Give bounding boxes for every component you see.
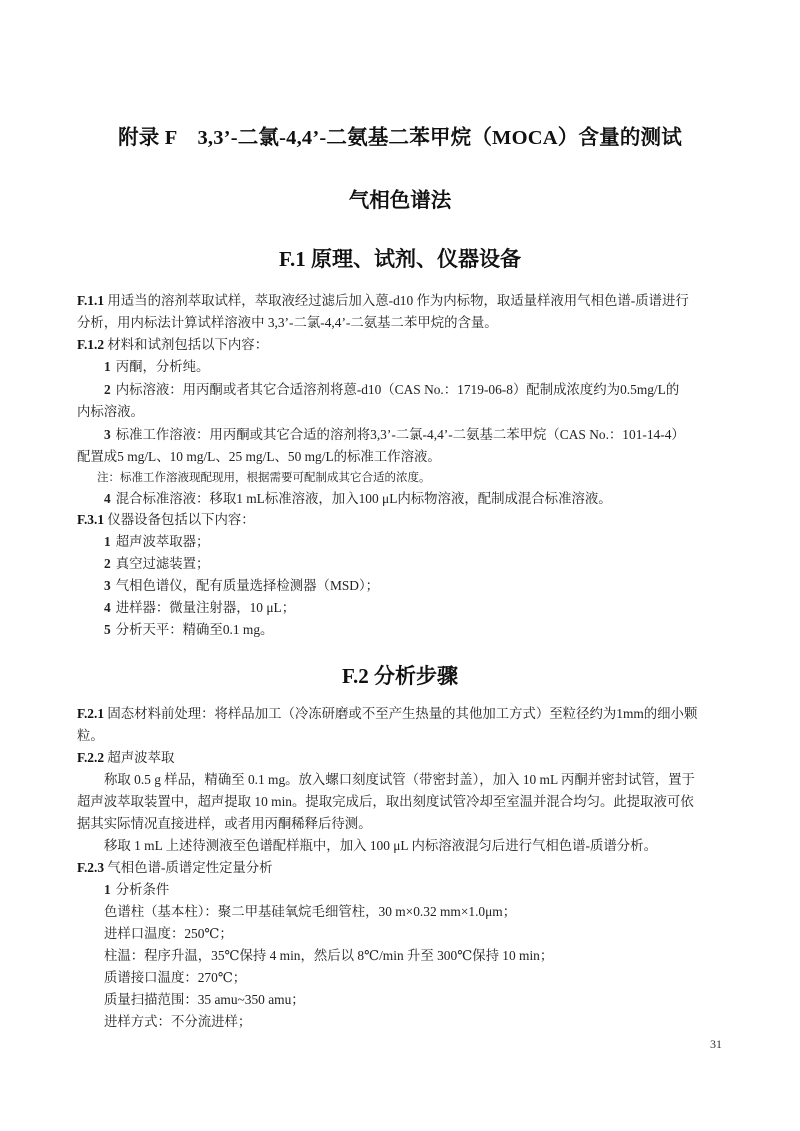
item-number: 2: [104, 556, 111, 571]
clause-f23: F.2.3 气相色谱-质谱定性定量分析: [77, 859, 727, 877]
condition-line: 柱温：程序升温，35℃保持 4 min，然后以 8℃/min 升至 300℃保持…: [104, 947, 754, 965]
clause-f111: F.1.1 用适当的溶剂萃取试样，萃取液经过滤后加入蒽-d10 作为内标物，取适…: [77, 292, 727, 310]
note: 注：标准工作溶液现配现用，根据需要可配制成其它合适的浓度。: [97, 469, 747, 487]
reagent-item: 4混合标准溶液：移取1 mL标准溶液，加入100 μL内标物溶液，配制成混合标准…: [104, 490, 754, 508]
clause-f112: F.1.2 材料和试剂包括以下内容：: [77, 336, 727, 354]
condition-line: 色谱柱（基本柱）：聚二甲基硅氧烷毛细管柱，30 m×0.32 mm×1.0μm；: [104, 903, 754, 921]
clause-text: 固态材料前处理：将样品加工（冷冻研磨或不至产生热量的其他加工方式）至粒径约为1m…: [107, 706, 697, 721]
paragraph-cont: 据其实际情况直接进样，或者用丙酮稀释后待测。: [77, 815, 727, 833]
item-text: 分析天平：精确至0.1 mg。: [116, 622, 274, 637]
clause-text: 材料和试剂包括以下内容：: [107, 337, 268, 352]
reagent-item: 1丙酮，分析纯。: [104, 358, 754, 376]
paragraph-cont: 超声波萃取装置中，超声提取 10 min。提取完成后，取出刻度试管冷却至室温并混…: [77, 793, 727, 811]
item-text: 内标溶液：用丙酮或者其它合适溶剂将蒽-d10（CAS No.：1719-06-8…: [116, 382, 680, 397]
clause-f21: F.2.1 固态材料前处理：将样品加工（冷冻研磨或不至产生热量的其他加工方式）至…: [77, 705, 727, 723]
item-number: 4: [104, 491, 111, 506]
clause-text: 仪器设备包括以下内容：: [107, 512, 254, 527]
reagent-item-cont: 内标溶液。: [77, 403, 727, 421]
item-text: 进样器：微量注射器，10 μL；: [116, 600, 295, 615]
clause-label: F.2.3: [77, 860, 104, 875]
item-number: 1: [104, 534, 111, 549]
condition-line: 进样口温度：250℃；: [104, 925, 754, 943]
item-text: 标准工作溶液：用丙酮或其它合适的溶剂将3,3’-二氯-4,4’-二氨基二苯甲烷（…: [116, 427, 685, 442]
clause-text: 气相色谱-质谱定性定量分析: [107, 860, 272, 875]
clause-label: F.3.1: [77, 512, 104, 527]
item-number: 3: [104, 427, 111, 442]
document-page: 附录 F 3,3’-二氯-4,4’-二氨基二苯甲烷（MOCA）含量的测试 气相色…: [0, 0, 800, 1131]
item-text: 分析条件: [116, 882, 170, 897]
clause-f22: F.2.2 超声波萃取: [77, 749, 727, 767]
clause-text: 超声波萃取: [107, 750, 174, 765]
item-number: 1: [104, 359, 111, 374]
item-text: 丙酮，分析纯。: [116, 359, 210, 374]
item-text: 真空过滤装置；: [116, 556, 210, 571]
equipment-item: 4进样器：微量注射器，10 μL；: [104, 599, 754, 617]
item-text: 超声波萃取器；: [116, 534, 210, 549]
equipment-item: 5分析天平：精确至0.1 mg。: [104, 621, 754, 639]
condition-line: 质量扫描范围：35 amu~350 amu；: [104, 991, 754, 1009]
clause-f31: F.3.1 仪器设备包括以下内容：: [77, 511, 727, 529]
item-number: 3: [104, 578, 111, 593]
item-text: 气相色谱仪，配有质量选择检测器（MSD）；: [116, 578, 379, 593]
conditions-heading: 1分析条件: [104, 881, 754, 899]
method-subtitle: 气相色谱法: [0, 183, 800, 213]
clause-text: 用适当的溶剂萃取试样，萃取液经过滤后加入蒽-d10 作为内标物，取适量样液用气相…: [107, 293, 688, 308]
section-heading-f1: F.1 原理、试剂、仪器设备: [0, 243, 800, 273]
item-number: 1: [104, 882, 111, 897]
reagent-item: 3标准工作溶液：用丙酮或其它合适的溶剂将3,3’-二氯-4,4’-二氨基二苯甲烷…: [104, 426, 754, 444]
page-number: 31: [710, 1037, 722, 1052]
item-number: 5: [104, 622, 111, 637]
condition-line: 质谱接口温度：270℃；: [104, 969, 754, 987]
item-number: 2: [104, 382, 111, 397]
equipment-item: 2真空过滤装置；: [104, 555, 754, 573]
clause-f21-cont: 粒。: [77, 727, 727, 745]
section-heading-f2: F.2 分析步骤: [0, 660, 800, 690]
clause-label: F.1.2: [77, 337, 104, 352]
clause-f111-cont: 分析，用内标法计算试样溶液中 3,3’-二氯-4,4’-二氨基二苯甲烷的含量。: [77, 314, 727, 332]
reagent-item-cont: 配置成5 mg/L、10 mg/L、25 mg/L、50 mg/L的标准工作溶液…: [77, 448, 727, 466]
item-text: 混合标准溶液：移取1 mL标准溶液，加入100 μL内标物溶液，配制成混合标准溶…: [116, 491, 612, 506]
item-number: 4: [104, 600, 111, 615]
equipment-item: 1超声波萃取器；: [104, 533, 754, 551]
clause-label: F.1.1: [77, 293, 104, 308]
condition-line: 进样方式：不分流进样；: [104, 1013, 754, 1031]
paragraph: 称取 0.5 g 样品，精确至 0.1 mg。放入螺口刻度试管（带密封盖），加入…: [104, 771, 754, 789]
clause-label: F.2.2: [77, 750, 104, 765]
reagent-item: 2内标溶液：用丙酮或者其它合适溶剂将蒽-d10（CAS No.：1719-06-…: [104, 381, 754, 399]
appendix-title: 附录 F 3,3’-二氯-4,4’-二氨基二苯甲烷（MOCA）含量的测试: [0, 120, 800, 150]
paragraph: 移取 1 mL 上述待测液至色谱配样瓶中，加入 100 μL 内标溶液混匀后进行…: [104, 837, 754, 855]
clause-label: F.2.1: [77, 706, 104, 721]
equipment-item: 3气相色谱仪，配有质量选择检测器（MSD）；: [104, 577, 754, 595]
